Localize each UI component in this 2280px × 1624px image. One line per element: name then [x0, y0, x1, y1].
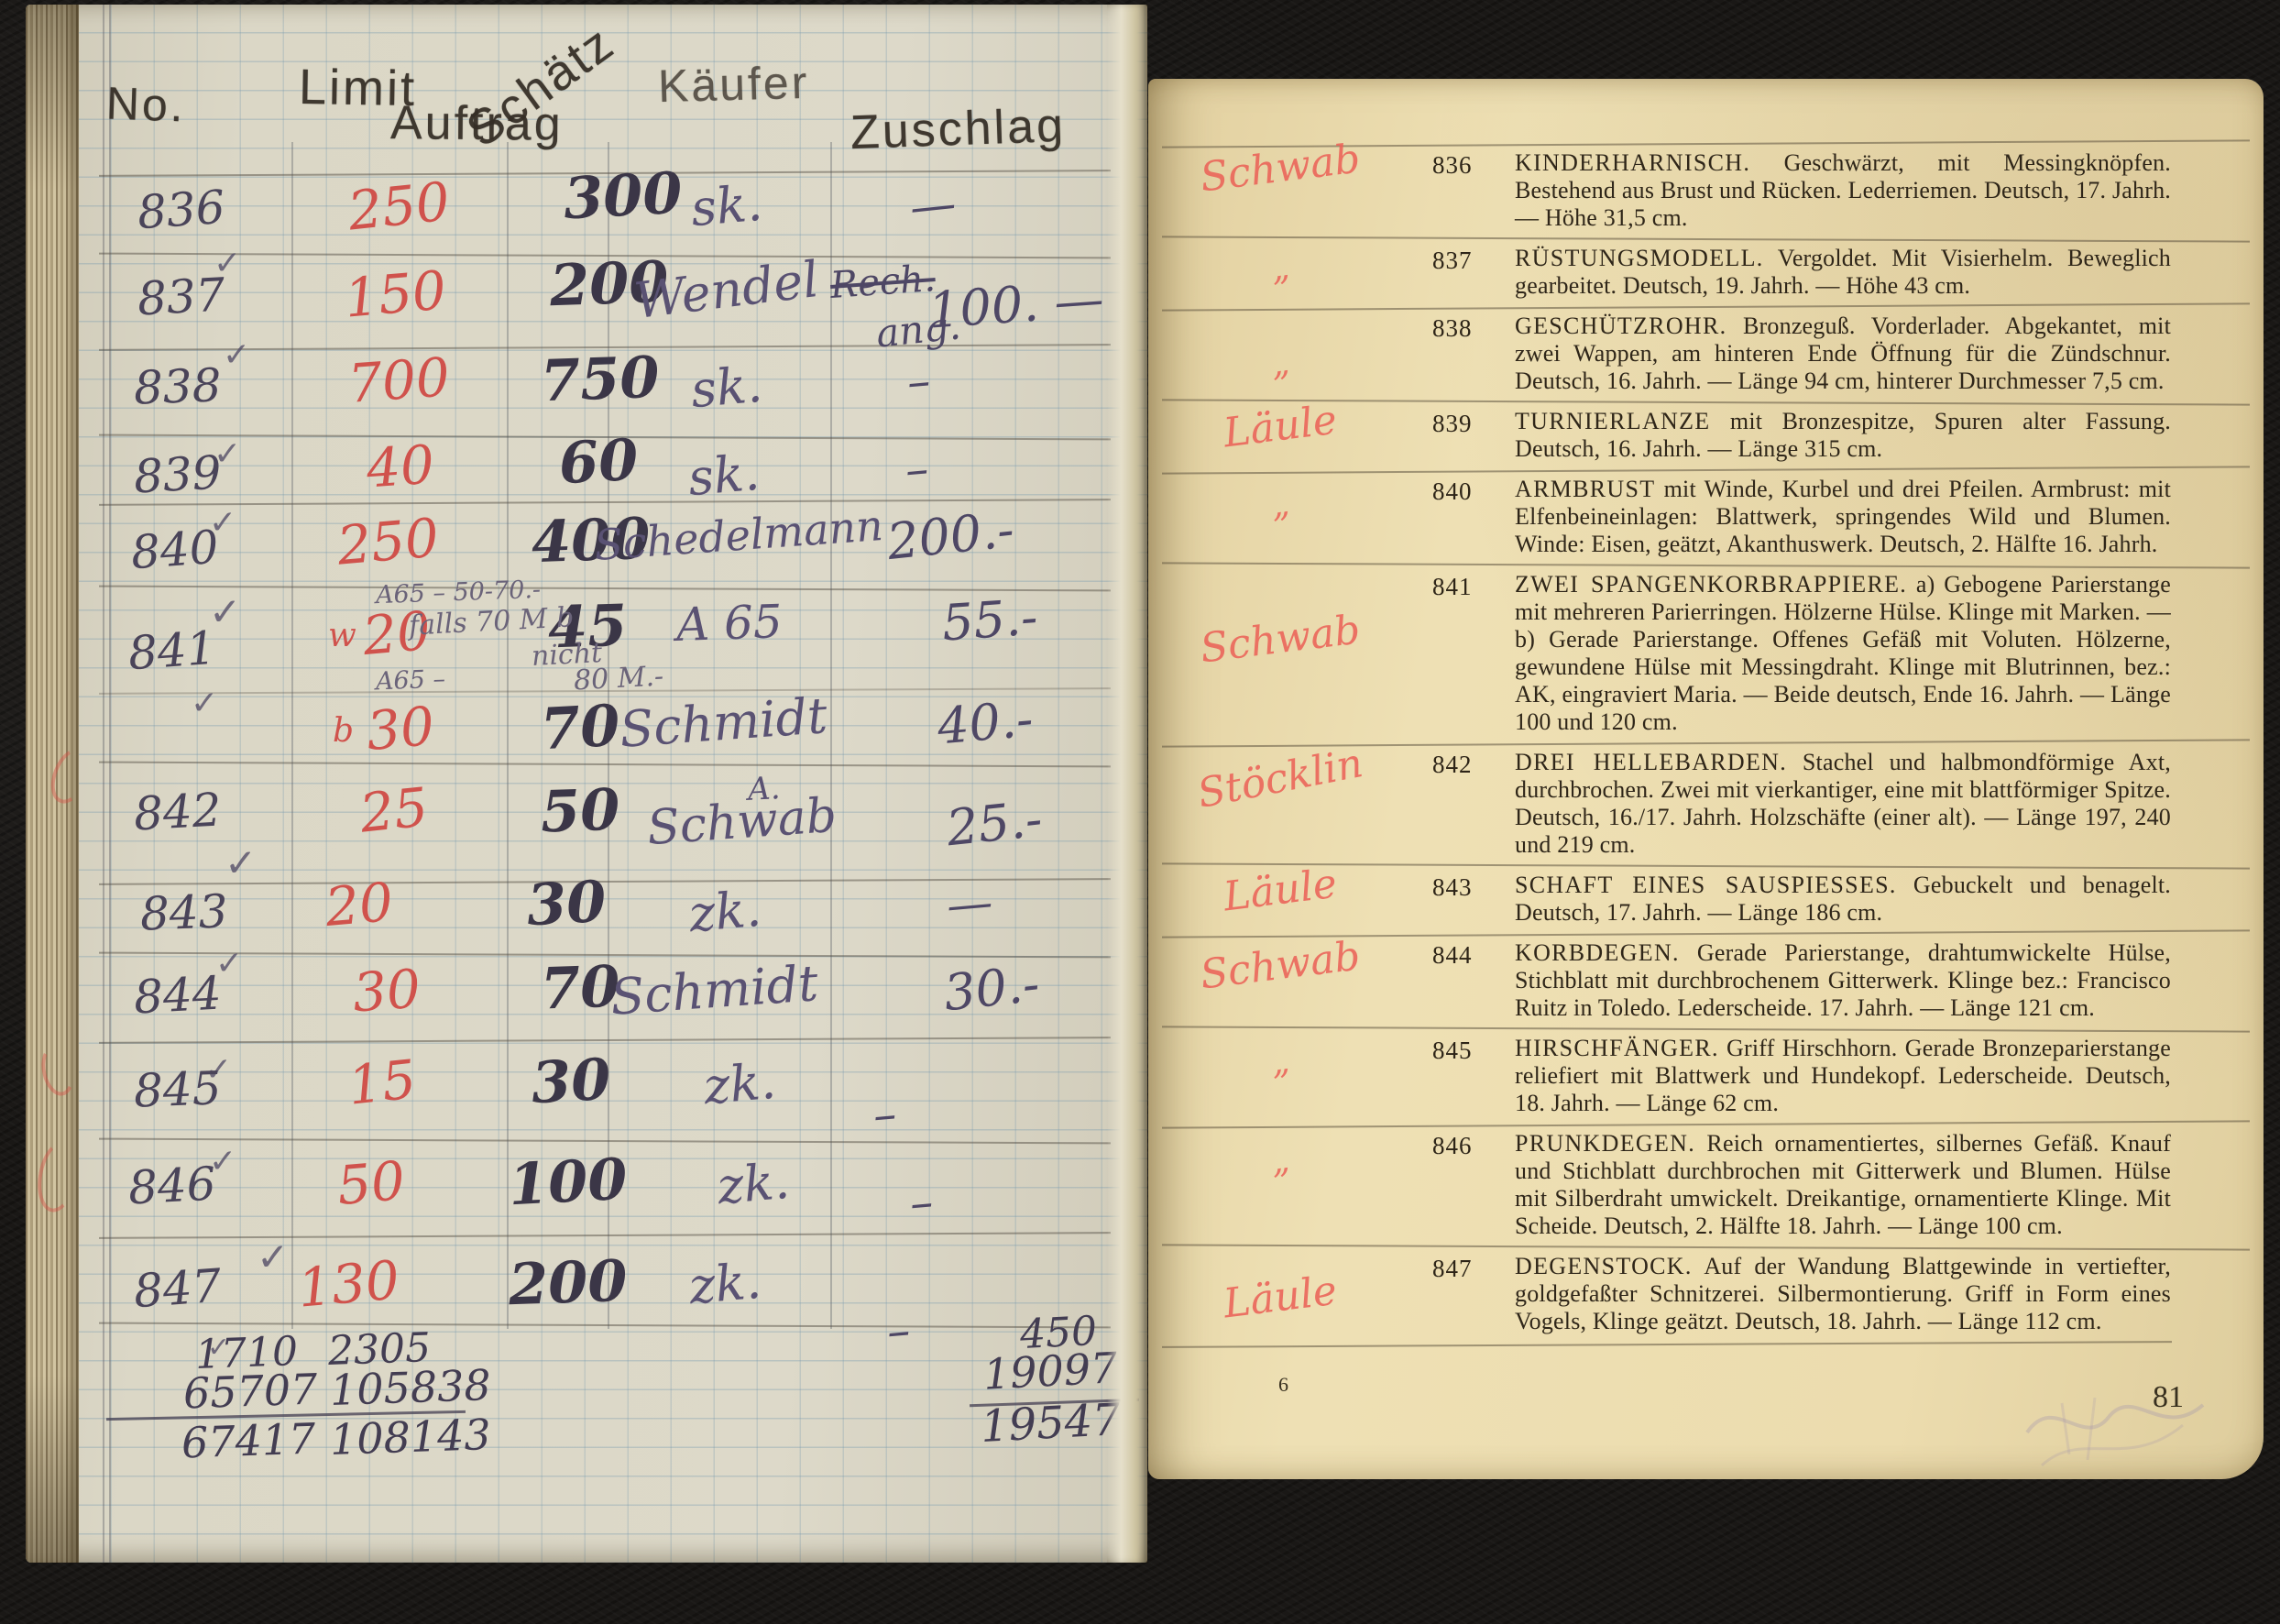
- limit-cell: 250: [345, 170, 453, 242]
- kaeufer-cell: zk.: [701, 1052, 778, 1116]
- entry-text: TURNIERLANZE mit Bronzespitze, Spuren al…: [1515, 408, 2171, 463]
- kaeufer-cell: A 65: [675, 595, 784, 652]
- limit-prefix: b: [333, 712, 354, 750]
- catalog-entry: Läule 839 TURNIERLANZE mit Bronzespitze,…: [1432, 401, 2171, 469]
- margin-annotation: „: [1154, 328, 1406, 399]
- zuschlag-cell: –: [908, 1175, 936, 1230]
- total-limit: 67417: [181, 1413, 316, 1467]
- column-line: [291, 142, 293, 1329]
- page-fore-edge: [1107, 5, 1147, 1563]
- lot-number: 842: [1432, 751, 1507, 778]
- auftrag-note: 80 M.-: [573, 660, 664, 697]
- zuschlag-cell: 25.-: [944, 790, 1045, 858]
- kaeufer-cell: Schmidt: [618, 686, 829, 759]
- entry-title: ZWEI SPANGENKORBRAPPIERE.: [1515, 571, 1907, 598]
- catalog-entry: „ 846 PRUNKDEGEN. Reich ornamentiertes, …: [1432, 1124, 2171, 1246]
- entry-text: KINDERHARNISCH. Geschwärzt, mit Messingk…: [1515, 149, 2171, 232]
- ledger-page: No. Limit Schätz Auftrag Käufer Zuschlag…: [26, 5, 1147, 1563]
- carry-schaetz: 105838: [329, 1360, 491, 1415]
- column-header-auftrag: Auftrag: [390, 95, 564, 152]
- catalog-entry: „ 840 ARMBRUST mit Winde, Kurbel und dre…: [1432, 469, 2171, 565]
- auftrag-note: A65 –: [375, 665, 445, 697]
- kaeufer-cell: Schwab: [645, 788, 839, 856]
- no-cell: 839: [133, 446, 223, 504]
- entry-title: KINDERHARNISCH.: [1515, 149, 1750, 176]
- catalog-page: Schwab 836 KINDERHARNISCH. Geschwärzt, m…: [1148, 79, 2264, 1479]
- check-mark: ✓: [191, 685, 218, 722]
- limit-cell: 700: [346, 346, 452, 415]
- schaetz-cell: 200: [508, 1247, 629, 1318]
- row-separator: [99, 762, 1111, 768]
- lot-number: 843: [1432, 873, 1507, 901]
- schaetz-cell: 100: [507, 1146, 629, 1219]
- kaeufer-cell: Schmidt: [608, 954, 820, 1026]
- schaetz-cell: 70: [540, 953, 621, 1023]
- lot-number: 845: [1432, 1037, 1507, 1064]
- entry-text: HIRSCHFÄNGER. Griff Hirschhorn. Gerade B…: [1515, 1035, 2171, 1117]
- catalog-entries: Schwab 836 KINDERHARNISCH. Geschwärzt, m…: [1432, 143, 2171, 1345]
- carry-zuschlag: 19097: [982, 1343, 1119, 1399]
- catalog-entry: Läule 847 DEGENSTOCK. Auf der Wandung Bl…: [1432, 1246, 2171, 1342]
- limit-cell: 250: [334, 506, 441, 576]
- lot-number: 847: [1432, 1255, 1507, 1282]
- entry-title: SCHAFT EINES SAUSPIESSES.: [1515, 872, 1897, 898]
- zuschlag-cell: 30.-: [941, 955, 1042, 1023]
- lot-number: 836: [1432, 151, 1507, 179]
- zuschlag-struck: Rech.: [829, 258, 937, 307]
- row-separator: [99, 499, 1111, 506]
- zuschlag-cell: —: [907, 177, 959, 235]
- limit-cell: 30: [364, 695, 436, 763]
- lot-number: 846: [1432, 1132, 1507, 1159]
- total-schaetz: 108143: [329, 1410, 491, 1465]
- entry-text: SCHAFT EINES SAUSPIESSES. Gebuckelt und …: [1515, 872, 2171, 927]
- schaetz-cell: 30: [525, 868, 608, 938]
- page-footer-signature: 6: [1278, 1373, 1288, 1397]
- margin-annotation: Schwab: [1154, 130, 1407, 207]
- schaetz-cell: 60: [557, 426, 640, 497]
- zuschlag-cell: –: [871, 1087, 899, 1142]
- margin-line: [109, 5, 111, 1563]
- lot-number: 838: [1432, 314, 1507, 342]
- entry-separator: [1162, 1341, 2172, 1348]
- column-header-kaeufer: Käufer: [657, 56, 810, 113]
- entry-title: TURNIERLANZE: [1515, 408, 1710, 434]
- catalog-entry: „ 845 HIRSCHFÄNGER. Griff Hirschhorn. Ge…: [1432, 1028, 2171, 1124]
- limit-cell: 130: [295, 1248, 401, 1319]
- margin-annotation: „: [1154, 469, 1406, 540]
- schaetz-cell: 300: [562, 159, 684, 233]
- entry-text: ARMBRUST mit Winde, Kurbel und drei Pfei…: [1515, 476, 2171, 558]
- limit-cell: 25: [357, 775, 432, 844]
- limit-cell: 150: [342, 258, 448, 329]
- book-spread: No. Limit Schätz Auftrag Käufer Zuschlag…: [0, 0, 2280, 1624]
- schaetz-cell: 70: [539, 692, 621, 763]
- no-cell: 840: [129, 521, 220, 580]
- limit-cell: 15: [345, 1048, 420, 1116]
- catalog-entry: Läule 843 SCHAFT EINES SAUSPIESSES. Gebu…: [1432, 865, 2171, 933]
- entry-text: DEGENSTOCK. Auf der Wandung Blattgewinde…: [1515, 1253, 2171, 1335]
- zuschlag-cell: 55.-: [940, 587, 1039, 652]
- lot-number: 844: [1432, 941, 1507, 969]
- check-mark: ✓: [225, 840, 257, 885]
- margin-annotation: „: [1154, 1125, 1406, 1196]
- kaeufer-cell: zk.: [686, 1252, 763, 1316]
- zuschlag-cell: —: [945, 875, 995, 932]
- kaeufer-cell: sk.: [688, 174, 764, 238]
- catalog-entry: Schwab 836 KINDERHARNISCH. Geschwärzt, m…: [1432, 143, 2171, 238]
- schaetz-cell: 30: [530, 1046, 612, 1116]
- entry-title: HIRSCHFÄNGER.: [1515, 1035, 1719, 1061]
- kaeufer-cell: sk.: [685, 444, 762, 508]
- entry-title: ARMBRUST: [1515, 476, 1655, 502]
- no-cell: 842: [133, 784, 223, 841]
- zuschlag-cell: –: [904, 442, 931, 497]
- entry-text: DREI HELLEBARDEN. Stachel und halbmondfö…: [1515, 749, 2171, 859]
- catalog-entry: Schwab 841 ZWEI SPANGENKORBRAPPIERE. a) …: [1432, 565, 2171, 742]
- total-zuschlag: 19547: [980, 1394, 1122, 1453]
- entry-title: RÜSTUNGSMODELL.: [1515, 245, 1764, 271]
- catalog-entry: Stöcklin 842 DREI HELLEBARDEN. Stachel u…: [1432, 742, 2171, 865]
- limit-cell: 30: [351, 958, 422, 1025]
- schaetz-cell: 750: [540, 344, 661, 414]
- entry-title: DEGENSTOCK.: [1515, 1253, 1693, 1279]
- limit-cell: 20: [323, 871, 395, 938]
- column-line: [830, 142, 832, 1329]
- no-cell: 841: [126, 621, 217, 681]
- no-cell: 844: [133, 967, 223, 1025]
- entry-text: GESCHÜTZROHR. Bronzeguß. Vorderlader. Ab…: [1515, 313, 2171, 395]
- catalog-entry: Schwab 844 KORBDEGEN. Gerade Parierstang…: [1432, 933, 2171, 1028]
- margin-line: [103, 5, 104, 1563]
- catalog-entry: „ 838 GESCHÜTZROHR. Bronzeguß. Vorderlad…: [1432, 306, 2171, 401]
- schaetz-cell: 50: [540, 776, 621, 846]
- column-header-zuschlag: Zuschlag: [850, 98, 1067, 160]
- margin-annotation: Schwab: [1154, 601, 1407, 678]
- check-mark: ✓: [257, 1234, 289, 1279]
- check-mark: ✓: [223, 336, 250, 374]
- carry-limit: 65707: [182, 1364, 318, 1418]
- limit-prefix: w: [328, 617, 356, 654]
- no-cell: 847: [132, 1259, 223, 1319]
- entry-text: PRUNKDEGEN. Reich ornamentiertes, silber…: [1515, 1130, 2171, 1240]
- row-separator: [99, 586, 1111, 592]
- margin-annotation: Schwab: [1154, 927, 1407, 1004]
- zuschlag-cell: –: [905, 354, 933, 409]
- zuschlag-cell: 200.-: [884, 500, 1016, 571]
- limit-cell: 40: [365, 433, 436, 500]
- no-cell: 837: [137, 269, 226, 326]
- row-separator: [99, 1138, 1111, 1145]
- column-header-no: No.: [105, 77, 187, 133]
- row-separator: [99, 1232, 1111, 1239]
- lot-number: 837: [1432, 247, 1507, 274]
- row-separator: [99, 1037, 1111, 1044]
- zuschlag-cell: 40.-: [935, 690, 1035, 756]
- lot-number: 840: [1432, 477, 1507, 505]
- entry-text: KORBDEGEN. Gerade Parierstange, drahtumw…: [1515, 939, 2171, 1022]
- entry-text: ZWEI SPANGENKORBRAPPIERE. a) Gebogene Pa…: [1515, 571, 2171, 736]
- margin-annotation: „: [1154, 233, 1406, 303]
- no-cell: 843: [139, 884, 228, 940]
- no-cell: 838: [133, 358, 222, 414]
- no-cell: 836: [136, 181, 226, 240]
- entry-title: PRUNKDEGEN.: [1515, 1130, 1695, 1157]
- catalog-entry: „ 837 RÜSTUNGSMODELL. Vergoldet. Mit Vis…: [1432, 238, 2171, 306]
- kaeufer-cell: sk.: [688, 356, 764, 420]
- zuschlag-cell: 100. —: [926, 269, 1105, 339]
- entry-text: RÜSTUNGSMODELL. Vergoldet. Mit Visierhel…: [1515, 245, 2171, 300]
- no-cell: 846: [127, 1158, 217, 1215]
- limit-cell: 50: [334, 1149, 407, 1217]
- kaeufer-cell: zk.: [715, 1152, 792, 1216]
- entry-title: KORBDEGEN.: [1515, 939, 1680, 966]
- lot-number: 839: [1432, 410, 1507, 437]
- lot-number: 841: [1432, 573, 1507, 600]
- margin-annotation: Läule: [1154, 1259, 1407, 1336]
- entry-title: GESCHÜTZROHR.: [1515, 313, 1726, 339]
- margin-annotation: „: [1154, 1026, 1406, 1097]
- row-separator: [99, 1322, 1111, 1329]
- zuschlag-cell: –: [885, 1303, 913, 1358]
- kaeufer-cell: zk.: [686, 880, 763, 944]
- entry-title: DREI HELLEBARDEN.: [1515, 749, 1787, 775]
- no-cell: 845: [133, 1061, 222, 1117]
- faint-pencil-scribble: [2014, 1376, 2234, 1504]
